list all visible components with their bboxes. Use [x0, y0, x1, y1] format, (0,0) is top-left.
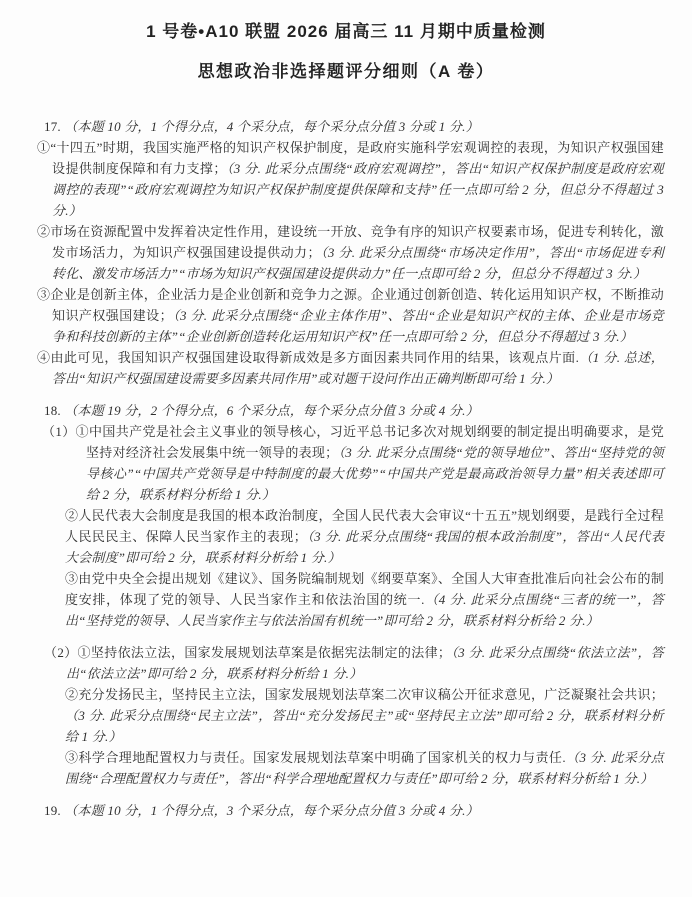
q17-header: 17. （本题 10 分，1 个得分点，4 个采分点，每个采分点分值 3 分或 … [0, 116, 692, 137]
answer-point-text: 17. [44, 119, 64, 134]
q18-header: 18. （本题 19 分，2 个得分点，6 个采分点，每个采分点分值 3 分或 … [0, 400, 692, 421]
q18-part1-point-2: ②人民代表大会制度是我国的根本政治制度，全国人民代表大会审议“十五五”规划纲要，… [0, 505, 692, 568]
answer-point-text: 19. [44, 803, 64, 818]
document-title: 1 号卷•A10 联盟 2026 届高三 11 月期中质量检测 [0, 17, 692, 42]
q19-header: 19. （本题 10 分，1 个得分点，3 个采分点，每个采分点分值 3 分或 … [0, 800, 692, 821]
document-subtitle: 思想政治非选择题评分细则（A 卷） [0, 57, 692, 82]
answer-point-text: ②充分发扬民主，坚持民主立法，国家发展规划法草案二次审议稿公开征求意见，广泛凝聚… [65, 687, 664, 702]
q17-point-4: ④由此可见，我国知识产权强国建设取得新成效是多方面因素共同作用的结果，该观点片面… [0, 347, 692, 389]
document-header: 1 号卷•A10 联盟 2026 届高三 11 月期中质量检测 思想政治非选择题… [0, 0, 692, 82]
q17-point-1: ①“十四五”时期，我国实施严格的知识产权保护制度，是政府实施科学宏观调控的表现，… [0, 137, 692, 221]
answer-point-text: 18. [44, 403, 64, 418]
scoring-note-text: （本题 10 分，1 个得分点，4 个采分点，每个采分点分值 3 分或 1 分.… [64, 119, 478, 134]
answer-point-text: （2）①坚持依法立法，国家发展规划法草案是依据宪法制定的法律； [44, 645, 451, 660]
document-page: 1 号卷•A10 联盟 2026 届高三 11 月期中质量检测 思想政治非选择题… [0, 0, 692, 897]
q18-part2-point-2: ②充分发扬民主，坚持民主立法，国家发展规划法草案二次审议稿公开征求意见，广泛凝聚… [0, 684, 692, 747]
q18-part2-point-1: （2）①坚持依法立法，国家发展规划法草案是依据宪法制定的法律；（3 分. 此采分… [0, 642, 692, 684]
scoring-note-text: （3 分. 此采分点围绕“民主立法”，答出“充分发扬民主”或“坚持民主立法”即可… [65, 708, 664, 744]
q17-point-2: ②市场在资源配置中发挥着决定性作用，建设统一开放、竞争有序的知识产权要素市场，促… [0, 221, 692, 284]
document-body: 17. （本题 10 分，1 个得分点，4 个采分点，每个采分点分值 3 分或 … [0, 116, 692, 821]
scoring-note-text: （本题 19 分，2 个得分点，6 个采分点，每个采分点分值 3 分或 4 分.… [64, 403, 478, 418]
answer-point-text: ④由此可见，我国知识产权强国建设取得新成效是多方面因素共同作用的结果，该观点片面… [37, 350, 579, 365]
q17-point-3: ③企业是创新主体，企业活力是企业创新和竞争力之源。企业通过创新创造、转化运用知识… [0, 284, 692, 347]
q18-part2-point-3: ③科学合理地配置权力与责任。国家发展规划法草案中明确了国家机关的权力与责任.（3… [0, 747, 692, 789]
q18-part1-point-3: ③由党中央全会提出规划《建议》、国务院编制规划《纲要草案》、全国人大审查批准后向… [0, 568, 692, 631]
q18-part1-point-1: （1）①中国共产党是社会主义事业的领导核心，习近平总书记多次对规划纲要的制定提出… [0, 421, 692, 505]
answer-point-text: ③科学合理地配置权力与责任。国家发展规划法草案中明确了国家机关的权力与责任. [65, 750, 566, 765]
scoring-note-text: （本题 10 分，1 个得分点，3 个采分点，每个采分点分值 3 分或 4 分.… [64, 803, 478, 818]
